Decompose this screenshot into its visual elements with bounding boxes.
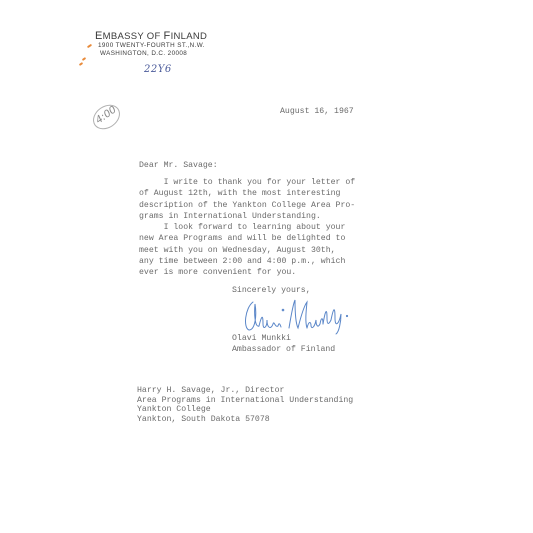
recipient-line3: Yankton College	[137, 405, 353, 415]
letterhead: EMBASSY OF FINLAND 1900 TWENTY-FOURTH ST…	[95, 31, 207, 58]
signature-icon	[241, 294, 351, 336]
recipient-line2: Area Programs in International Understan…	[137, 396, 353, 406]
recipient-line4: Yankton, South Dakota 57078	[137, 415, 353, 425]
salutation: Dear Mr. Savage:	[139, 160, 218, 171]
letter-date: August 16, 1967	[280, 106, 354, 117]
embassy-name: EMBASSY OF FINLAND	[95, 31, 207, 42]
orange-mark	[79, 62, 83, 66]
orange-mark	[87, 44, 92, 49]
signer-name: Olavi Munkki	[232, 334, 335, 345]
handwritten-ref-number: 22Y6	[144, 64, 172, 75]
letter-body: I write to thank you for your letter of …	[139, 177, 355, 279]
recipient-address: Harry H. Savage, Jr., DirectorArea Progr…	[137, 386, 353, 424]
orange-mark	[82, 57, 86, 61]
signature-block: Olavi MunkkiAmbassador of Finland	[232, 334, 335, 355]
embassy-address-line1: 1900 TWENTY-FOURTH ST.,N.W.	[98, 42, 207, 50]
circled-time-note: 4:00	[88, 100, 124, 135]
embassy-address-line2: WASHINGTON, D.C. 20008	[100, 50, 207, 58]
letter-page: EMBASSY OF FINLAND 1900 TWENTY-FOURTH ST…	[0, 0, 533, 533]
recipient-line1: Harry H. Savage, Jr., Director	[137, 386, 353, 396]
signer-title: Ambassador of Finland	[232, 345, 335, 356]
